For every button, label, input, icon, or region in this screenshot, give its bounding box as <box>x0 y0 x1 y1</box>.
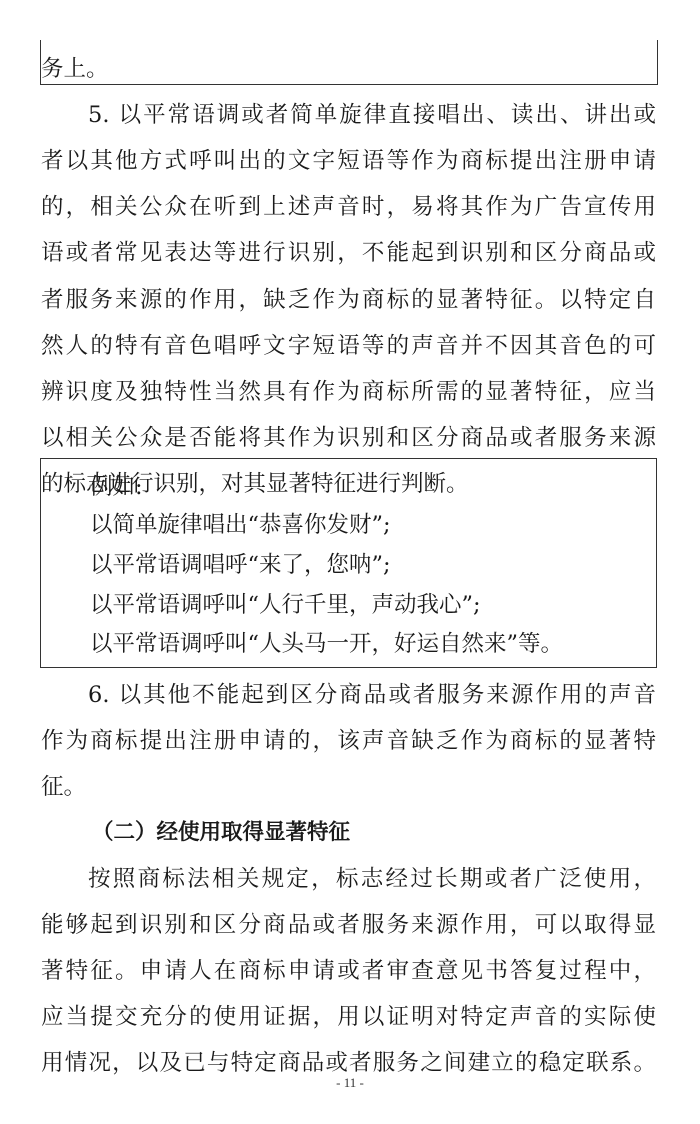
paragraph-line: 者服务来源的作用，缺乏作为商标的显著特征。以特定自 <box>41 285 656 315</box>
paragraph-line: 按照商标法相关规定，标志经过长期或者广泛使用， <box>88 864 656 894</box>
paragraph-line: 然人的特有音色唱呼文字短语等的声音并不因其音色的可 <box>41 331 656 361</box>
paragraph-line: 辨识度及独特性当然具有作为商标所需的显著特征，应当 <box>41 377 656 407</box>
page-number: - 11 - <box>0 1075 700 1091</box>
paragraph-line: 征。 <box>41 772 656 802</box>
paragraph-line: 应当提交充分的使用证据，用以证明对特定声音的实际使 <box>41 1002 656 1032</box>
paragraph-line: 语或者常见表达等进行识别，不能起到识别和区分商品或 <box>41 238 656 268</box>
paragraph-line: 的，相关公众在听到上述声音时，易将其作为广告宣传用 <box>41 192 656 222</box>
section-heading: （二）经使用取得显著特征 <box>92 818 350 848</box>
paragraph-line: 6. 以其他不能起到区分商品或者服务来源作用的声音 <box>88 680 656 710</box>
paragraph-line: 者以其他方式呼叫出的文字短语等作为商标提出注册申请 <box>41 146 656 176</box>
example-item: 以简单旋律唱出“恭喜你发财”; <box>90 510 391 540</box>
paragraph-line: 作为商标提出注册申请的，该声音缺乏作为商标的显著特 <box>41 726 656 756</box>
paragraph-line: 能够起到识别和区分商品或者服务来源作用，可以取得显 <box>41 910 656 940</box>
example-item: 以平常语调唱呼“来了，您呐”; <box>90 550 391 580</box>
example-item: 以平常语调呼叫“人行千里，声动我心”; <box>90 590 481 620</box>
box-continuation-text: 务上。 <box>41 54 656 84</box>
paragraph-line: 用情况，以及已与特定商品或者服务之间建立的稳定联系。 <box>41 1048 656 1078</box>
example-title: 例如: <box>90 472 143 502</box>
paragraph-line: 5. 以平常语调或者简单旋律直接唱出、读出、讲出或 <box>88 100 656 130</box>
example-item: 以平常语调呼叫“人头马一开，好运自然来”等。 <box>90 629 563 659</box>
paragraph-line: 著特征。申请人在商标申请或者审查意见书答复过程中， <box>41 956 656 986</box>
document-page: 务上。 5. 以平常语调或者简单旋律直接唱出、读出、讲出或 者以其他方式呼叫出的… <box>0 0 700 1124</box>
paragraph-line: 以相关公众是否能将其作为识别和区分商品或者服务来源 <box>41 423 656 453</box>
